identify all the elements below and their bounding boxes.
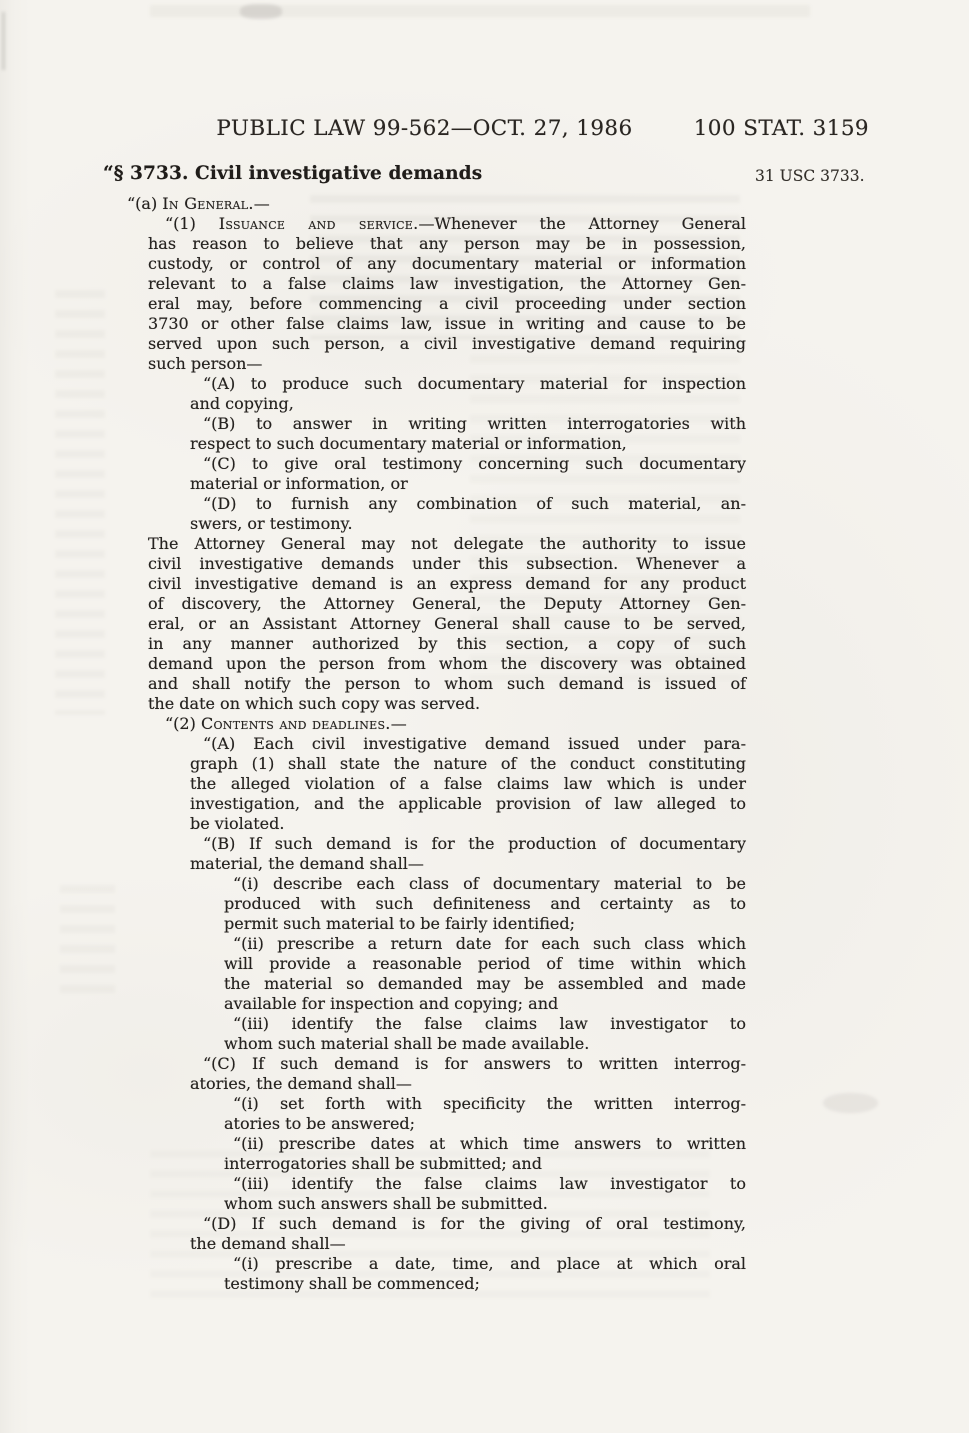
statute-line: available for inspection and copying; an… <box>103 994 746 1014</box>
statute-line: custody, or control of any documentary m… <box>103 254 746 274</box>
statute-line: “(i) prescribe a date, time, and place a… <box>103 1254 746 1274</box>
statute-line: “(ii) prescribe a return date for each s… <box>103 934 746 954</box>
statute-line: will provide a reasonable period of time… <box>103 954 746 974</box>
statute-line: whom such answers shall be submitted. <box>103 1194 746 1214</box>
statute-line: demand upon the person from whom the dis… <box>103 654 746 674</box>
statute-line-text: atories, the demand shall— <box>190 1074 412 1093</box>
statute-line-text: “(ii) prescribe a return date for each s… <box>233 934 746 953</box>
statute-line: served upon such person, a civil investi… <box>103 334 746 354</box>
statute-line-text: investigation, and the applicable provis… <box>190 794 746 813</box>
statute-line-text: “(B) If such demand is for the productio… <box>203 834 746 853</box>
statute-line-text: of discovery, the Attorney General, the … <box>148 594 746 613</box>
statute-line-text: “(i) describe each class of documentary … <box>233 874 746 893</box>
scan-smudge-top-band <box>150 5 810 17</box>
statute-line-text: “(D) If such demand is for the giving of… <box>203 1214 746 1233</box>
statute-line-text: and copying, <box>190 394 294 413</box>
statute-line-text: — <box>391 714 407 733</box>
bleed-through-artifact <box>55 285 105 715</box>
small-caps-label: Issuance and service. <box>219 214 419 233</box>
statute-line: “(i) set forth with specificity the writ… <box>103 1094 746 1114</box>
statute-line-text: atories to be answered; <box>224 1114 415 1133</box>
statute-line: civil investigative demand is an express… <box>103 574 746 594</box>
statute-line-text: —Whenever the Attorney General <box>419 214 746 233</box>
statute-line-text: “(i) set forth with specificity the writ… <box>233 1094 746 1113</box>
statute-line-text: “(iii) identify the false claims law inv… <box>233 1174 746 1193</box>
statute-line: the date on which such copy was served. <box>103 694 746 714</box>
statute-line-text: eral, or an Assistant Attorney General s… <box>148 614 746 633</box>
margin-citation-usc: 31 USC 3733. <box>755 167 865 185</box>
statute-line: The Attorney General may not delegate th… <box>103 534 746 554</box>
statute-line: “(A) to produce such documentary materia… <box>103 374 746 394</box>
statute-line: whom such material shall be made availab… <box>103 1034 746 1054</box>
statute-line-text: — <box>254 194 270 213</box>
small-caps-label: In General. <box>162 194 253 213</box>
statute-line-text: the material so demanded may be assemble… <box>224 974 746 993</box>
statutes-page-number: 100 STAT. 3159 <box>694 116 869 141</box>
statute-line: and shall notify the person to whom such… <box>103 674 746 694</box>
statute-line-text: interrogatories shall be submitted; and <box>224 1154 542 1173</box>
statute-line-text: “(iii) identify the false claims law inv… <box>233 1014 746 1033</box>
statute-line-text: demand upon the person from whom the dis… <box>148 654 746 673</box>
statute-line-text: testimony shall be commenced; <box>224 1274 480 1293</box>
statute-line: atories, the demand shall— <box>103 1074 746 1094</box>
statute-line: interrogatories shall be submitted; and <box>103 1154 746 1174</box>
running-header-title: PUBLIC LAW 99-562—OCT. 27, 1986 <box>103 116 746 141</box>
statute-line-text: eral may, before commencing a civil proc… <box>148 294 746 313</box>
statute-line-text: swers, or testimony. <box>190 514 353 533</box>
statute-line-text: be violated. <box>190 814 284 833</box>
statute-line: respect to such documentary material or … <box>103 434 746 454</box>
statute-line: “(a) In General.— <box>103 194 746 214</box>
statute-text: “(a) In General.—“(1) Issuance and servi… <box>103 194 746 1294</box>
statute-line-text: “(i) prescribe a date, time, and place a… <box>233 1254 746 1273</box>
statute-line-text: and shall notify the person to whom such… <box>148 674 746 693</box>
statute-line-text: “(a) <box>127 194 162 213</box>
statute-line: graph (1) shall state the nature of the … <box>103 754 746 774</box>
statute-line-text: permit such material to be fairly identi… <box>224 914 575 933</box>
statute-line: the material so demanded may be assemble… <box>103 974 746 994</box>
statute-line: such person— <box>103 354 746 374</box>
statute-line-text: available for inspection and copying; an… <box>224 994 558 1013</box>
statute-line: “(D) to furnish any combination of such … <box>103 494 746 514</box>
statute-line-text: respect to such documentary material or … <box>190 434 627 453</box>
statute-line-text: “(C) to give oral testimony concerning s… <box>203 454 746 473</box>
statute-line: “(2) Contents and deadlines.— <box>103 714 746 734</box>
statute-line-text: “(C) If such demand is for answers to wr… <box>203 1054 746 1073</box>
statute-line: “(iii) identify the false claims law inv… <box>103 1174 746 1194</box>
statute-line-text: in any manner authorized by this section… <box>148 634 746 653</box>
statute-line: produced with such definiteness and cert… <box>103 894 746 914</box>
scan-edge-mark <box>2 12 5 70</box>
statute-line: material or information, or <box>103 474 746 494</box>
statute-line: testimony shall be commenced; <box>103 1274 746 1294</box>
statute-line: the alleged violation of a false claims … <box>103 774 746 794</box>
statute-line-text: whom such material shall be made availab… <box>224 1034 589 1053</box>
statute-line-text: produced with such definiteness and cert… <box>224 894 746 913</box>
statute-line: eral may, before commencing a civil proc… <box>103 294 746 314</box>
statute-line: “(A) Each civil investigative demand iss… <box>103 734 746 754</box>
statute-line: 3730 or other false claims law, issue in… <box>103 314 746 334</box>
statute-line: “(i) describe each class of documentary … <box>103 874 746 894</box>
statute-line-text: “(2) <box>165 714 201 733</box>
statute-line: investigation, and the applicable provis… <box>103 794 746 814</box>
statute-line-text: such person— <box>148 354 262 373</box>
statute-line: “(1) Issuance and service.—Whenever the … <box>103 214 746 234</box>
statute-line-text: graph (1) shall state the nature of the … <box>190 754 746 773</box>
statute-line: civil investigative demands under this s… <box>103 554 746 574</box>
statute-line: “(D) If such demand is for the giving of… <box>103 1214 746 1234</box>
statute-line-text: the demand shall— <box>190 1234 346 1253</box>
statute-line: material, the demand shall— <box>103 854 746 874</box>
statute-line: “(B) If such demand is for the productio… <box>103 834 746 854</box>
statute-line: in any manner authorized by this section… <box>103 634 746 654</box>
statute-line-text: “(1) <box>165 214 219 233</box>
statute-line-text: “(A) Each civil investigative demand iss… <box>203 734 746 753</box>
statute-line: “(B) to answer in writing written interr… <box>103 414 746 434</box>
statute-line: atories to be answered; <box>103 1114 746 1134</box>
statute-line: of discovery, the Attorney General, the … <box>103 594 746 614</box>
statute-line-text: civil investigative demands under this s… <box>148 554 746 573</box>
statute-line: the demand shall— <box>103 1234 746 1254</box>
statute-line-text: civil investigative demand is an express… <box>148 574 746 593</box>
scan-smudge-top-blob <box>240 4 282 19</box>
statute-line-text: material or information, or <box>190 474 408 493</box>
statute-line: “(C) to give oral testimony concerning s… <box>103 454 746 474</box>
statute-line: “(ii) prescribe dates at which time answ… <box>103 1134 746 1154</box>
statute-line-text: relevant to a false claims law investiga… <box>148 274 746 293</box>
statute-line-text: material, the demand shall— <box>190 854 424 873</box>
section-heading: “§ 3733. Civil investigative demands <box>103 162 746 186</box>
scan-smudge-right <box>823 1093 878 1113</box>
statute-line-text: whom such answers shall be submitted. <box>224 1194 548 1213</box>
statute-line-text: “(D) to furnish any combination of such … <box>203 494 746 513</box>
statute-line: has reason to believe that any person ma… <box>103 234 746 254</box>
statute-line: and copying, <box>103 394 746 414</box>
statute-line-text: “(ii) prescribe dates at which time answ… <box>233 1134 746 1153</box>
statute-line: swers, or testimony. <box>103 514 746 534</box>
statute-line-text: served upon such person, a civil investi… <box>148 334 746 353</box>
statute-line: be violated. <box>103 814 746 834</box>
statute-line-text: “(A) to produce such documentary materia… <box>203 374 746 393</box>
statute-line-text: the date on which such copy was served. <box>148 694 480 713</box>
statute-line-text: has reason to believe that any person ma… <box>148 234 746 253</box>
statute-line: permit such material to be fairly identi… <box>103 914 746 934</box>
statute-line: “(iii) identify the false claims law inv… <box>103 1014 746 1034</box>
statute-line-text: “(B) to answer in writing written interr… <box>203 414 746 433</box>
statute-line: “(C) If such demand is for answers to wr… <box>103 1054 746 1074</box>
statute-column: “§ 3733. Civil investigative demands “(a… <box>103 162 746 1294</box>
statute-line-text: custody, or control of any documentary m… <box>148 254 746 273</box>
small-caps-label: Contents and deadlines. <box>201 714 391 733</box>
statute-line-text: 3730 or other false claims law, issue in… <box>148 314 746 333</box>
scanned-statute-page: PUBLIC LAW 99-562—OCT. 27, 1986 100 STAT… <box>0 0 969 1433</box>
statute-line-text: will provide a reasonable period of time… <box>224 954 746 973</box>
statute-line-text: The Attorney General may not delegate th… <box>148 534 746 553</box>
statute-line: eral, or an Assistant Attorney General s… <box>103 614 746 634</box>
statute-line-text: the alleged violation of a false claims … <box>190 774 746 793</box>
statute-line: relevant to a false claims law investiga… <box>103 274 746 294</box>
